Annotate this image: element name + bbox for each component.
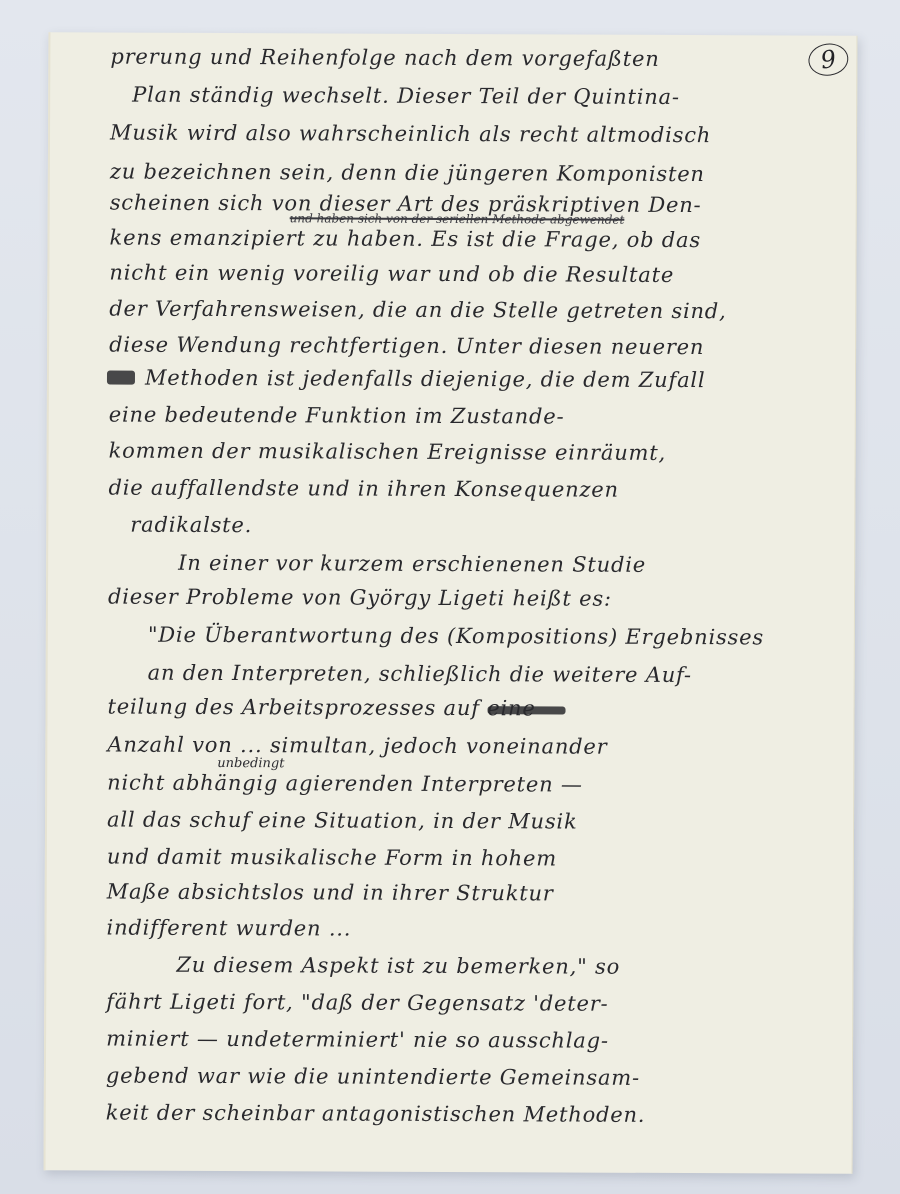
text-line: eine bedeutende Funktion im Zustande- [109,403,565,429]
text-line: Musik wird also wahrscheinlich als recht… [110,121,711,148]
text-line: teilung des Arbeitsprozesses auf eine [107,695,535,721]
text-line: prerung und Reihenfolge nach dem vorgefa… [110,45,659,71]
page-number: 9 [806,41,850,78]
text-line: zu bezeichnen sein, denn die jüngeren Ko… [110,160,705,187]
text-line: der Verfahrensweisen, die an die Stelle … [109,297,726,324]
text-line: und damit musikalische Form in hohem [107,845,557,871]
text-line: "Die Überantwortung des (Kompositions) E… [108,623,764,650]
text-line: Anzahl von ... simultan, jedoch voneinan… [107,733,607,759]
text-line: Maße absichtslos und in ihrer Struktur [107,880,554,906]
text-line: Methoden ist jedenfalls diejenige, die d… [109,366,706,393]
text-line: keit der scheinbar antagonistischen Meth… [106,1101,646,1127]
text-line: die auffallendste und in ihren Konsequen… [108,476,618,502]
text-line: Plan ständig wechselt. Dieser Teil der Q… [110,83,680,109]
text-line: kens emanzipiert zu haben. Es ist die Fr… [110,226,702,253]
text-line: all das schuf eine Situation, in der Mus… [107,808,578,834]
text-line: Zu diesem Aspekt ist zu bemerken," so [106,953,620,979]
text-line: radikalste. [108,513,252,538]
text-line: diese Wendung rechtfertigen. Unter diese… [109,333,704,360]
manuscript-page: 9 prerung und Reihenfolge nach dem vorge… [44,32,858,1174]
text-line: miniert — undeterminiert' nie so ausschl… [106,1027,609,1053]
text-line: nicht ein wenig voreilig war und ob die … [109,261,674,287]
text-line: fährt Ligeti fort, "daß der Gegensatz 'd… [106,990,608,1016]
text-line: nicht abhängig agierenden Interpreten — [107,771,583,797]
struck-through-text: und haben sich von der seriellen Methode… [290,211,625,226]
text-line: indifferent wurden ... [107,916,352,941]
text-line: kommen der musikalischen Ereignisse einr… [109,439,666,465]
text-line: gebend war wie die unintendierte Gemeins… [106,1064,640,1090]
inserted-word: unbedingt [217,756,284,771]
text-line: an den Interpreten, schließlich die weit… [108,661,692,688]
text-line: In einer vor kurzem erschienenen Studie [108,551,646,577]
text-line: dieser Probleme von György Ligeti heißt … [108,585,612,611]
